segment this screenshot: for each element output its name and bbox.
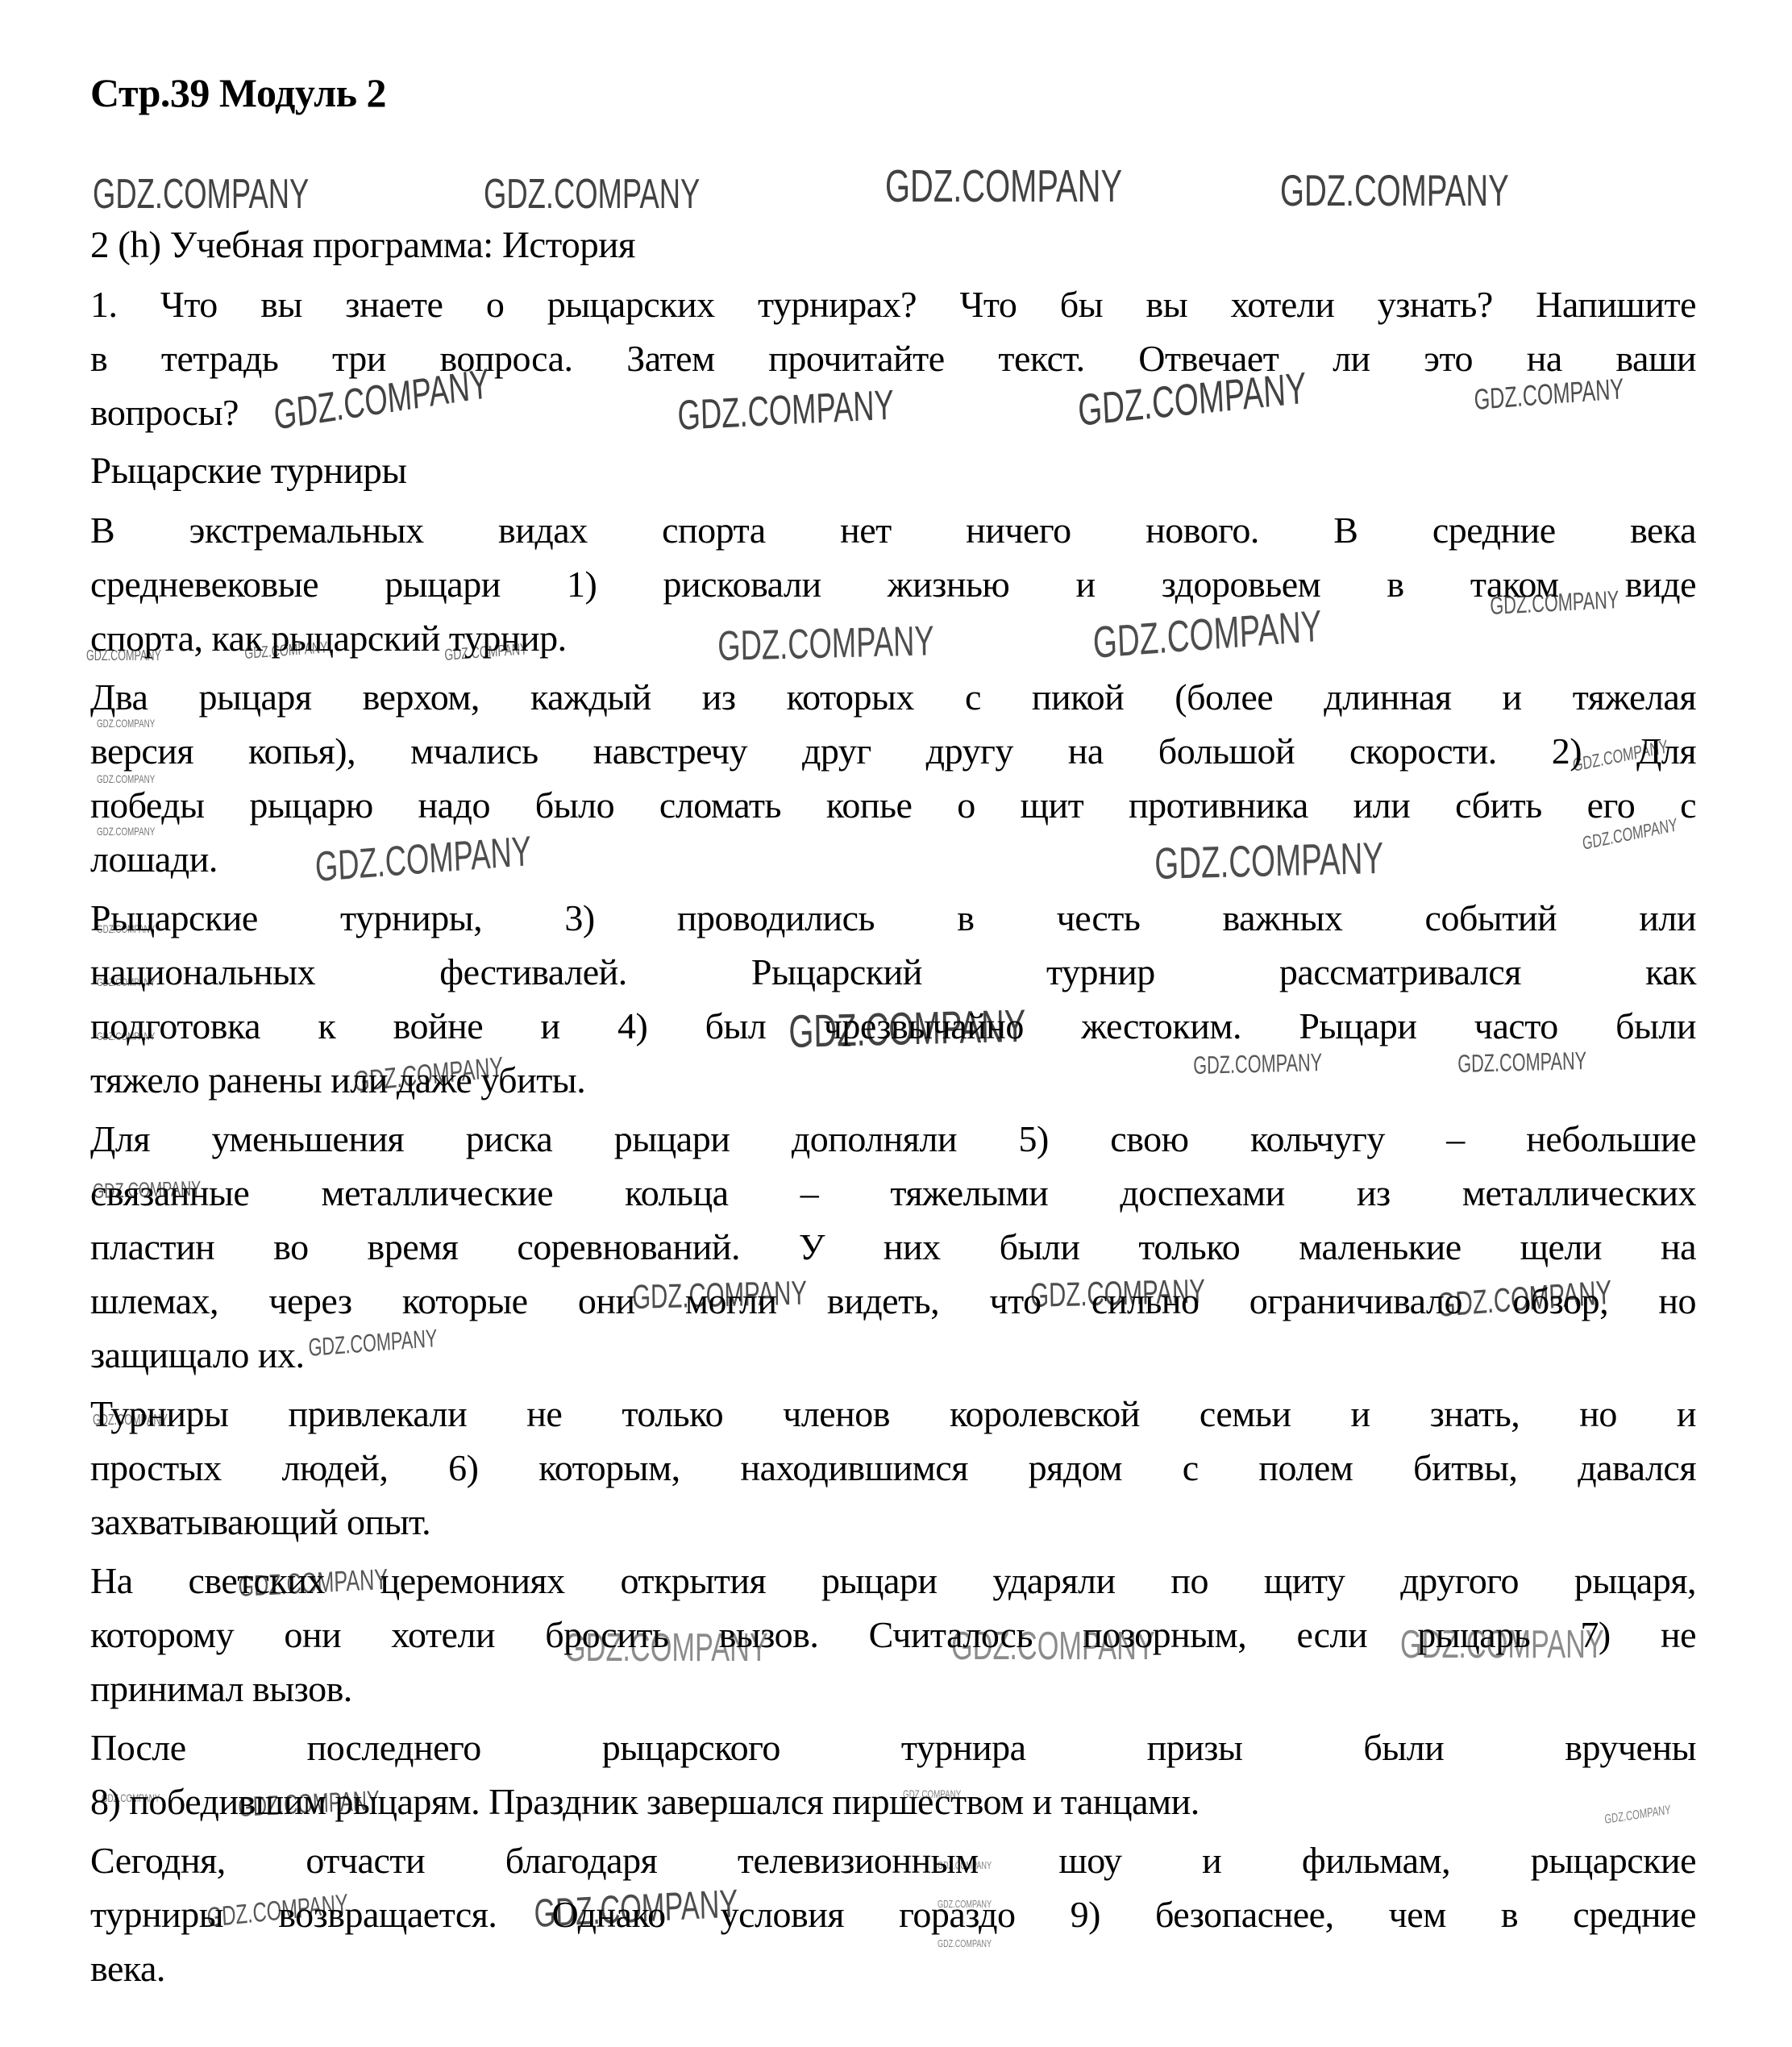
text-line: Сегодня, отчасти благодаря телевизионным… (90, 1833, 1696, 1887)
text-content: Стр.39 Модуль 22 (h) Учебная программа: … (90, 66, 1696, 2000)
paragraph: Два рыцаря верхом, каждый из которых с п… (90, 670, 1696, 886)
text-line: 8) победившим рыцарям. Праздник завершал… (90, 1774, 1696, 1829)
text-line: национальных фестивалей. Рыцарский турни… (90, 945, 1696, 999)
paragraph: После последнего рыцарского турнира приз… (90, 1720, 1696, 1829)
text-line: Рыцарские турниры, 3) проводились в чест… (90, 891, 1696, 945)
page-title: Стр.39 Модуль 2 (90, 66, 1696, 120)
text-line: В экстремальных видах спорта нет ничего … (90, 503, 1696, 557)
paragraph: Турниры привлекали не только членов коро… (90, 1387, 1696, 1549)
text-line: принимал вызов. (90, 1662, 1696, 1716)
paragraph: На светских церемониях открытия рыцари у… (90, 1554, 1696, 1716)
text-line: победы рыцарю надо было сломать копье о … (90, 778, 1696, 832)
paragraph: 1. Что вы знаете о рыцарских турнирах? Ч… (90, 277, 1696, 439)
text-line: Для уменьшения риска рыцари дополняли 5)… (90, 1112, 1696, 1166)
text-line: Стр.39 Модуль 2 (90, 66, 1696, 120)
page: GDZ.COMPANYGDZ.COMPANYGDZ.COMPANYGDZ.COM… (0, 0, 1792, 2047)
text-line: шлемах, через которые они могли видеть, … (90, 1274, 1696, 1328)
text-line: После последнего рыцарского турнира приз… (90, 1720, 1696, 1774)
text-line: спорта, как рыцарский турнир. (90, 611, 1696, 665)
text-line: турниры возвращается. Однако условия гор… (90, 1887, 1696, 1941)
text-line: Турниры привлекали не только членов коро… (90, 1387, 1696, 1441)
text-line: Два рыцаря верхом, каждый из которых с п… (90, 670, 1696, 724)
text-line: подготовка к войне и 4) был чрезвычайно … (90, 999, 1696, 1053)
text-line: вопросы? (90, 385, 1696, 439)
text-line: 1. Что вы знаете о рыцарских турнирах? Ч… (90, 277, 1696, 331)
paragraph: Для уменьшения риска рыцари дополняли 5)… (90, 1112, 1696, 1382)
text-line: пластин во время соревнований. У них был… (90, 1220, 1696, 1274)
text-line: которому они хотели бросить вызов. Счита… (90, 1608, 1696, 1662)
text-line: тяжело ранены или даже убиты. (90, 1053, 1696, 1107)
section-heading: 2 (h) Учебная программа: История (90, 218, 1696, 273)
text-line: захватывающий опыт. (90, 1495, 1696, 1549)
text-line: лошади. (90, 832, 1696, 886)
text-line: простых людей, 6) которым, находившимся … (90, 1441, 1696, 1495)
text-line: На светских церемониях открытия рыцари у… (90, 1554, 1696, 1608)
text-line: версия копья), мчались навстречу друг др… (90, 724, 1696, 778)
paragraph: Сегодня, отчасти благодаря телевизионным… (90, 1833, 1696, 1995)
paragraph: В экстремальных видах спорта нет ничего … (90, 503, 1696, 665)
text-line: Рыцарские турниры (90, 444, 1696, 498)
paragraph: Рыцарские турниры, 3) проводились в чест… (90, 891, 1696, 1107)
text-line: защищало их. (90, 1328, 1696, 1382)
text-line: связанные металлические кольца – тяжелым… (90, 1166, 1696, 1220)
text-line: средневековые рыцари 1) рисковали жизнью… (90, 557, 1696, 611)
text-line: 2 (h) Учебная программа: История (90, 218, 1696, 273)
section-heading: Рыцарские турниры (90, 444, 1696, 498)
text-line: века. (90, 1941, 1696, 1995)
text-line: в тетрадь три вопроса. Затем прочитайте … (90, 331, 1696, 385)
